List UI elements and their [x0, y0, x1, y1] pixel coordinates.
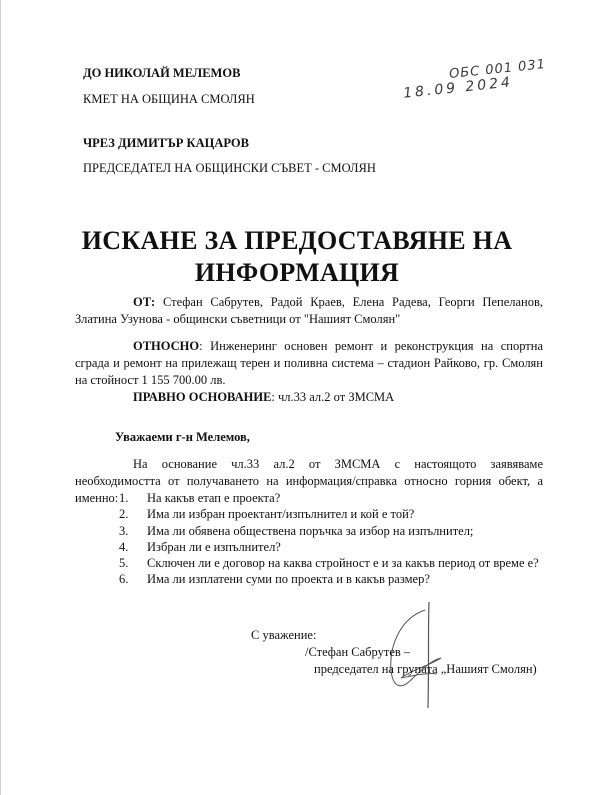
question-item: 6.Има ли изплатени суми по проекта и в к…: [119, 571, 539, 587]
from-label: ОТ:: [133, 295, 155, 309]
question-item: 5.Сключен ли е договор на каква стройнос…: [119, 555, 539, 571]
via-title: ПРЕДСЕДАТЕЛ НА ОБЩИНСКИ СЪВЕТ - СМОЛЯН: [83, 161, 376, 176]
addressee-title: КМЕТ НА ОБЩИНА СМОЛЯН: [83, 92, 255, 107]
questions-list: 1.На какъв етап е проекта? 2.Има ли избр…: [119, 490, 539, 588]
question-number: 5.: [119, 555, 147, 571]
document-title-line1: ИСКАНЕ ЗА ПРЕДОСТАВЯНЕ НА: [1, 224, 592, 258]
question-text: Избран ли е изпълнител?: [147, 539, 281, 555]
closing-regards: С уважение:: [251, 628, 316, 643]
question-number: 4.: [119, 539, 147, 555]
question-number: 2.: [119, 506, 147, 522]
question-text: На какъв етап е проекта?: [147, 490, 280, 506]
legal-basis-paragraph: ПРАВНО ОСНОВАНИЕ: чл.33 ал.2 от ЗМСМА: [75, 389, 543, 406]
via-name: ЧРЕЗ ДИМИТЪР КАЦАРОВ: [83, 136, 249, 151]
question-text: Има ли обявена обществена поръчка за изб…: [147, 523, 473, 539]
question-number: 1.: [119, 490, 147, 506]
question-item: 4.Избран ли е изпълнител?: [119, 539, 539, 555]
signer-name: /Стефан Сабрутев –: [305, 645, 410, 660]
salutation: Уважаеми г-н Мелемов,: [115, 430, 250, 445]
question-item: 2.Има ли избран проектант/изпълнител и к…: [119, 506, 539, 522]
legal-basis-text: : чл.33 ал.2 от ЗМСМА: [271, 390, 394, 404]
question-text: Има ли избран проектант/изпълнител и кой…: [147, 506, 414, 522]
question-number: 6.: [119, 571, 147, 587]
regarding-paragraph: ОТНОСНО: Инженеринг основен ремонт и рек…: [75, 338, 543, 389]
addressee-name: ДО НИКОЛАЙ МЕЛЕМОВ: [83, 66, 240, 81]
question-text: Сключен ли е договор на каква стройност …: [147, 555, 539, 571]
question-item: 3.Има ли обявена обществена поръчка за и…: [119, 523, 539, 539]
legal-basis-label: ПРАВНО ОСНОВАНИЕ: [133, 390, 271, 404]
document-title-line2: ИНФОРМАЦИЯ: [1, 256, 592, 290]
from-paragraph: ОТ: Стефан Сабрутев, Радой Краев, Елена …: [75, 294, 543, 328]
question-item: 1.На какъв етап е проекта?: [119, 490, 539, 506]
signer-role: председател на групата „Нашият Смолян): [314, 662, 537, 677]
regarding-label: ОТНОСНО: [133, 339, 199, 353]
question-number: 3.: [119, 523, 147, 539]
question-text: Има ли изплатени суми по проекта и в как…: [147, 571, 430, 587]
